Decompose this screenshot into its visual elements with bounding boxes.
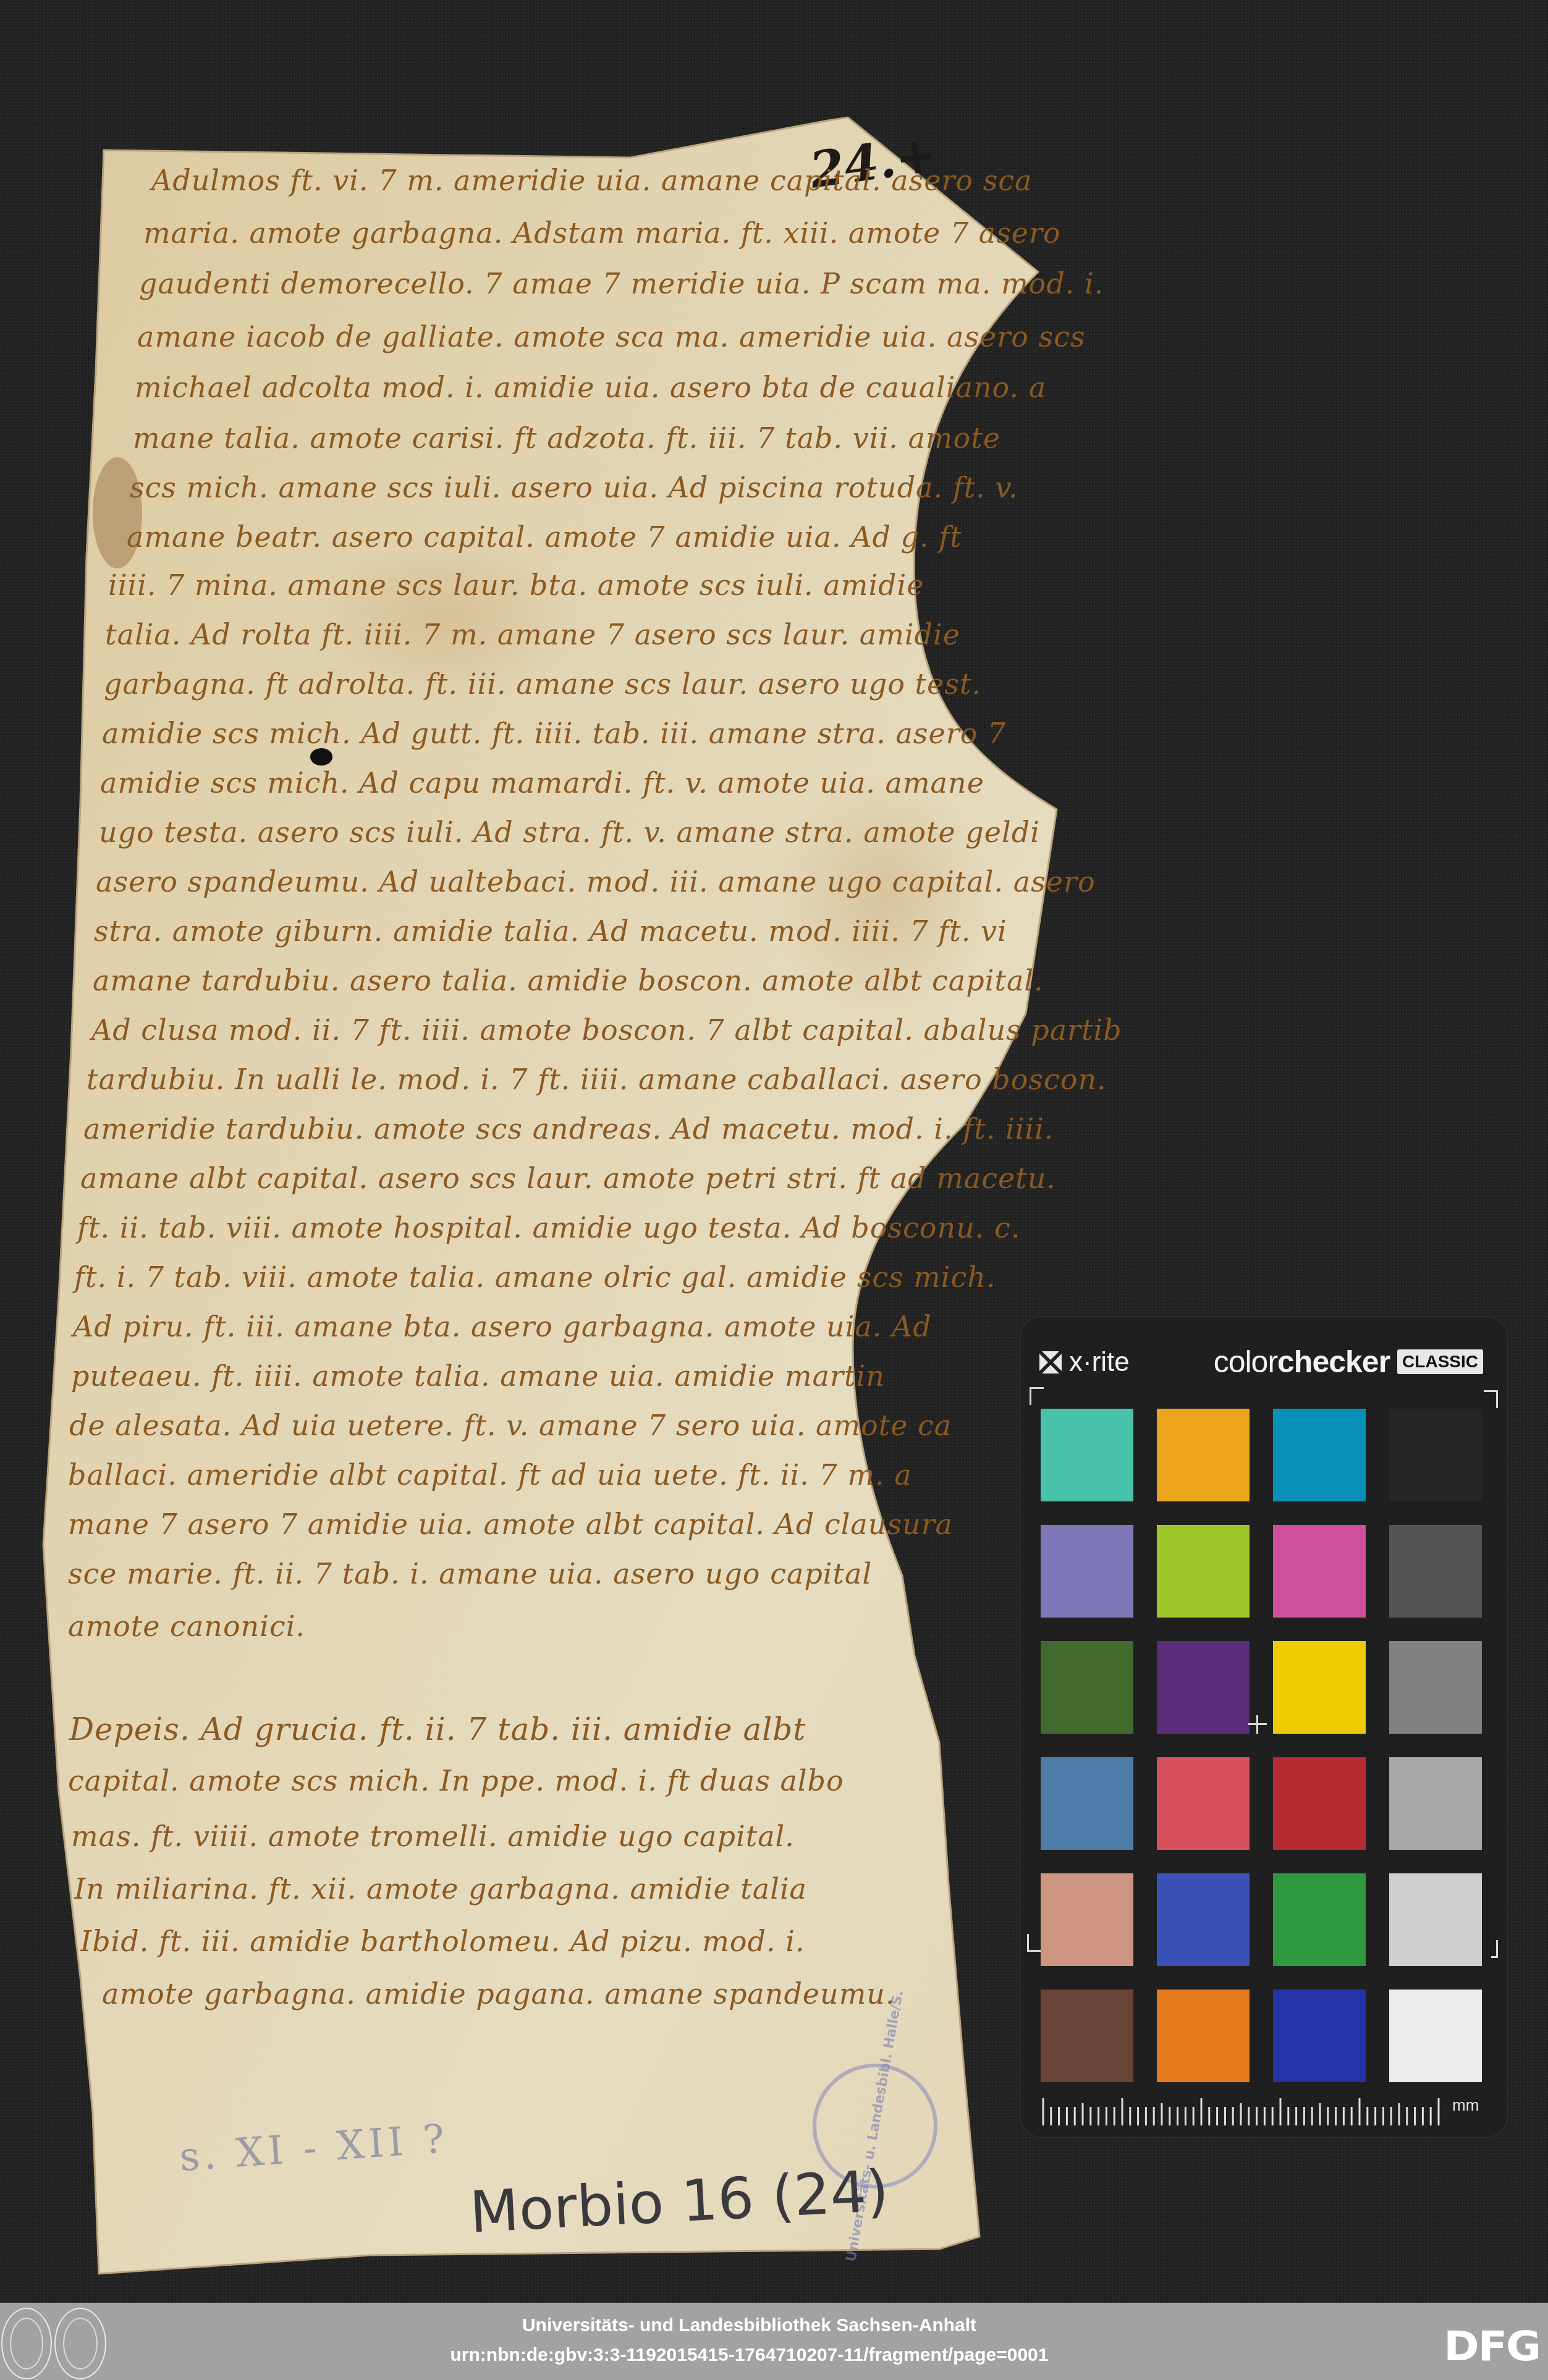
color-patch-neutral-6.5 xyxy=(1389,1757,1482,1850)
manuscript-line: amote garbagna. amidie pagana. amane spa… xyxy=(102,1977,895,2011)
manuscript-line: amidie scs mich. Ad capu mamardi. ft. v.… xyxy=(100,766,984,800)
pencil-date-note: s. XI - XII ? xyxy=(178,2116,450,2180)
color-patch-light-skin xyxy=(1041,1873,1133,1966)
color-patch-red xyxy=(1273,1757,1366,1850)
manuscript-line: mas. ft. viiii. amote tromelli. amidie u… xyxy=(71,1820,795,1853)
corner-mark-icon xyxy=(1027,1934,1041,1952)
manuscript-line: ugo testa. asero scs iuli. Ad stra. ft. … xyxy=(99,816,1040,849)
urn-identifier[interactable]: urn:nbn:de:gbv:3:3-1192015415-1764710207… xyxy=(0,2345,1548,2366)
color-patch-blue-primary xyxy=(1273,1990,1366,2082)
manuscript-line: amidie scs mich. Ad gutt. ft. iiii. tab.… xyxy=(102,717,1006,750)
manuscript-line: ft. ii. tab. viii. amote hospital. amidi… xyxy=(77,1211,1020,1244)
manuscript-line: Depeis. Ad grucia. ft. ii. 7 tab. iii. a… xyxy=(69,1711,806,1747)
manuscript-line: capital. amote scs mich. In ppe. mod. i.… xyxy=(68,1764,844,1797)
manuscript-text: 24.+ Adulmos ft. vi. 7 m. ameridie uia. … xyxy=(0,0,1088,2303)
manuscript-line: tardubiu. In ualli le. mod. i. 7 ft. iii… xyxy=(87,1063,1107,1096)
ruler-unit-label: mm xyxy=(1452,2096,1479,2115)
manuscript-line: Ad piru. ft. iii. amane bta. asero garba… xyxy=(73,1310,932,1343)
colorchecker-bold-text: checker xyxy=(1277,1344,1390,1380)
mm-ruler xyxy=(1041,2096,1449,2125)
color-patch-orange-yellow xyxy=(1157,1409,1250,1501)
footer-bar: Universitäts- und Landesbibliothek Sachs… xyxy=(0,2303,1548,2380)
color-checker-card: x·rite color checker CLASSIC mm xyxy=(1020,1316,1508,2138)
color-patch-aqua xyxy=(1041,1409,1133,1501)
manuscript-line: amane tardubiu. asero talia. amidie bosc… xyxy=(93,964,1044,997)
manuscript-line: In miliarina. ft. xii. amote garbagna. a… xyxy=(74,1872,807,1905)
manuscript-line: ft. i. 7 tab. viii. amote talia. amane o… xyxy=(74,1260,996,1294)
manuscript-line: maria. amote garbagna. Adstam maria. ft.… xyxy=(143,216,1061,250)
manuscript-line: puteaeu. ft. iiii. amote talia. amane ui… xyxy=(71,1359,885,1393)
color-patch-yellow xyxy=(1273,1641,1366,1734)
color-patch-grid xyxy=(1041,1409,1482,2082)
manuscript-line: talia. Ad rolta ft. iiii. 7 m. amane 7 a… xyxy=(105,618,960,651)
color-patch-neutral-5 xyxy=(1389,1641,1482,1734)
xrite-brand: x·rite xyxy=(1038,1347,1130,1378)
color-patch-blue-flower xyxy=(1041,1525,1133,1618)
manuscript-line: amote canonici. xyxy=(68,1610,305,1643)
manuscript-line: amane iacob de galliate. amote sca ma. a… xyxy=(137,320,1086,353)
color-patch-moderate-red xyxy=(1157,1757,1250,1850)
xrite-label: x·rite xyxy=(1069,1347,1130,1378)
corner-mark-icon xyxy=(1491,1940,1498,1958)
manuscript-line: mane 7 asero 7 amidie uia. amote albt ca… xyxy=(68,1508,953,1541)
manuscript-line: stra. amote giburn. amidie talia. Ad mac… xyxy=(94,914,1007,948)
crosshair-icon xyxy=(1248,1715,1267,1734)
manuscript-line: ameridie tardubiu. amote scs andreas. Ad… xyxy=(83,1112,1054,1146)
manuscript-line: Ibid. ft. iii. amidie bartholomeu. Ad pi… xyxy=(80,1925,805,1958)
manuscript-line: garbagna. ft adrolta. ft. iii. amane scs… xyxy=(104,667,981,701)
manuscript-line: Adulmos ft. vi. 7 m. ameridie uia. amane… xyxy=(151,164,1032,197)
color-patch-black xyxy=(1389,1409,1482,1501)
dfg-logo: DFG xyxy=(1444,2323,1539,2370)
manuscript-line: asero spandeumu. Ad ualtebaci. mod. iii.… xyxy=(96,865,1096,898)
color-patch-yellow-green xyxy=(1157,1525,1250,1618)
manuscript-line: iiii. 7 mina. amane scs laur. bta. amote… xyxy=(108,568,924,602)
institution-name: Universitäts- und Landesbibliothek Sachs… xyxy=(0,2315,1548,2336)
manuscript-line: de alesata. Ad uia uetere. ft. v. amane … xyxy=(69,1409,952,1442)
manuscript-line: Ad clusa mod. ii. 7 ft. iiii. amote bosc… xyxy=(91,1013,1122,1047)
manuscript-line: amane beatr. asero capital. amote 7 amid… xyxy=(127,520,962,554)
corner-mark-icon xyxy=(1030,1387,1044,1405)
manuscript-line: gaudenti demorecello. 7 amae 7 meridie u… xyxy=(139,267,1104,300)
color-patch-orange xyxy=(1157,1990,1250,2082)
color-patch-cyan xyxy=(1273,1409,1366,1501)
color-patch-dark-skin xyxy=(1041,1990,1133,2082)
color-patch-foliage xyxy=(1041,1641,1133,1734)
manuscript-line: amane albt capital. asero scs laur. amot… xyxy=(80,1162,1056,1195)
colorchecker-brand: color checker CLASSIC xyxy=(1214,1344,1483,1380)
classic-badge: CLASSIC xyxy=(1397,1349,1483,1374)
color-patch-white xyxy=(1389,1990,1482,2082)
color-patch-neutral-8 xyxy=(1389,1873,1482,1966)
color-patch-purple xyxy=(1157,1641,1250,1734)
color-patch-green xyxy=(1273,1873,1366,1966)
color-patch-blue xyxy=(1157,1873,1250,1966)
manuscript-line: ballaci. ameridie albt capital. ft ad ui… xyxy=(68,1458,912,1492)
manuscript-line: mane talia. amote carisi. ft adzota. ft.… xyxy=(133,421,1000,455)
shelfmark-annotation: Morbio 16 (24) xyxy=(468,2158,890,2245)
color-patch-magenta xyxy=(1273,1525,1366,1618)
manuscript-line: sce marie. ft. ii. 7 tab. i. amane uia. … xyxy=(68,1557,872,1590)
parchment-fragment: 24.+ Adulmos ft. vi. 7 m. ameridie uia. … xyxy=(0,0,1088,2303)
color-patch-blue-sky xyxy=(1041,1757,1133,1850)
colorchecker-light-text: color xyxy=(1214,1344,1277,1380)
manuscript-line: scs mich. amane scs iuli. asero uia. Ad … xyxy=(130,471,1018,504)
color-patch-neutral-3.5 xyxy=(1389,1525,1482,1618)
manuscript-line: michael adcolta mod. i. amidie uia. aser… xyxy=(135,371,1046,404)
xrite-logo-icon xyxy=(1038,1350,1063,1375)
corner-mark-icon xyxy=(1484,1390,1498,1408)
